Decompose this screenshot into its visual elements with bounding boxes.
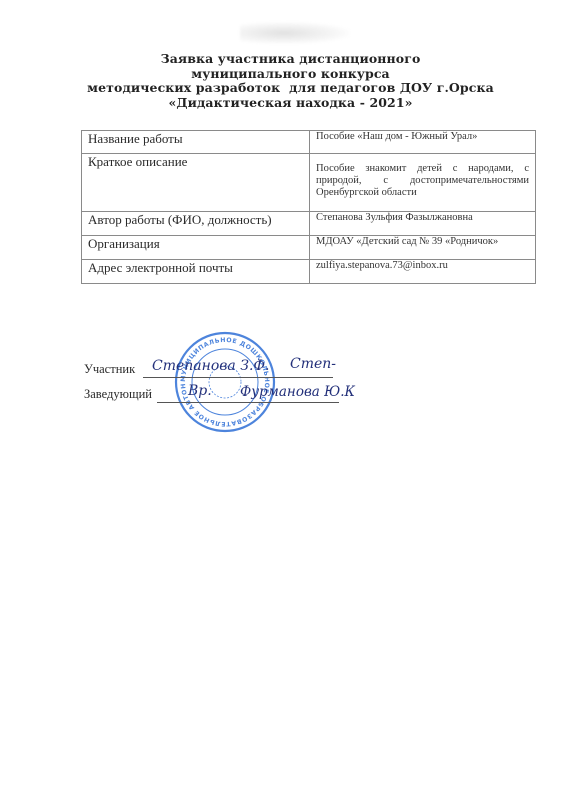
row-value: МДОАУ «Детский сад № 39 «Родничок» xyxy=(310,236,536,260)
stamp-ring-text: МУНИЦИПАЛЬНОЕ ДОШКОЛЬНОЕ ОБРАЗОВАТЕЛЬНОЕ… xyxy=(174,331,270,427)
row-value: zulfiya.stepanova.73@inbox.ru xyxy=(310,260,536,284)
participant-handwritten-signature: Степ- xyxy=(290,356,336,372)
row-value: Степанова Зульфия Фазылжановна xyxy=(310,212,536,236)
table-row: Название работы Пособие «Наш дом - Южный… xyxy=(82,131,536,154)
title-line: методических разработок для педагогов ДО… xyxy=(0,81,581,96)
document-title: Заявка участника дистанционного муниципа… xyxy=(0,52,581,110)
head-handwritten-signature: Вр. xyxy=(188,383,212,399)
row-label: Адрес электронной почты xyxy=(82,260,310,284)
head-handwritten-name: Фурманова Ю.К xyxy=(240,384,355,400)
row-label: Организация xyxy=(82,236,310,260)
row-value: Пособие «Наш дом - Южный Урал» xyxy=(310,131,536,154)
svg-text:МУНИЦИПАЛЬНОЕ ДОШКОЛЬНОЕ ОБРАЗ: МУНИЦИПАЛЬНОЕ ДОШКОЛЬНОЕ ОБРАЗОВАТЕЛЬНОЕ… xyxy=(174,331,270,427)
row-label: Краткое описание xyxy=(82,154,310,212)
row-label: Название работы xyxy=(82,131,310,154)
participant-label: Участник xyxy=(84,362,135,377)
row-label: Автор работы (ФИО, должность) xyxy=(82,212,310,236)
title-line: «Дидактическая находка - 2021» xyxy=(0,96,581,111)
official-stamp: МУНИЦИПАЛЬНОЕ ДОШКОЛЬНОЕ ОБРАЗОВАТЕЛЬНОЕ… xyxy=(174,331,276,433)
participant-signature-line xyxy=(143,377,333,378)
row-value: Пособие знакомит детей с народами, с при… xyxy=(310,154,536,212)
title-line: Заявка участника дистанционного xyxy=(0,52,581,67)
table-row: Адрес электронной почты zulfiya.stepanov… xyxy=(82,260,536,284)
title-line: муниципального конкурса xyxy=(0,67,581,82)
application-form-table: Название работы Пособие «Наш дом - Южный… xyxy=(81,130,536,284)
table-row: Краткое описание Пособие знакомит детей … xyxy=(82,154,536,212)
head-label: Заведующий xyxy=(84,387,152,402)
head-signature-line xyxy=(157,402,339,403)
table-row: Автор работы (ФИО, должность) Степанова … xyxy=(82,212,536,236)
scan-smudge xyxy=(240,22,350,44)
table-row: Организация МДОАУ «Детский сад № 39 «Род… xyxy=(82,236,536,260)
participant-handwritten-name: Степанова З.Ф. xyxy=(152,358,269,374)
